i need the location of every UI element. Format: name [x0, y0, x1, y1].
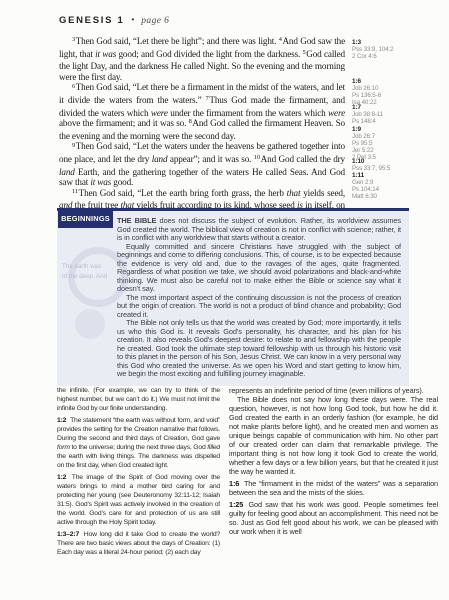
- text-segment: form: [57, 444, 70, 451]
- text-segment: that: [287, 188, 301, 198]
- scripture-paragraph: 11Then God said, “Let the earth bring fo…: [59, 188, 345, 208]
- commentary-column-left: the infinite. (For example, we can try t…: [57, 386, 220, 558]
- text-segment: under the firmament from the waters whic…: [168, 108, 328, 118]
- text-segment: yields fruit according to its kind, whos…: [134, 200, 297, 208]
- bleed-through-text: The earth was: [62, 263, 114, 270]
- cross-reference-item: Jer 5:22: [352, 147, 376, 154]
- verse-number: 6: [72, 83, 76, 90]
- text-segment: And God called the dry: [261, 154, 345, 164]
- cross-reference-verse: 1:10: [352, 158, 390, 165]
- verse-number: 4: [279, 36, 283, 43]
- feature-box-text: THE BIBLE does not discuss the subject o…: [117, 217, 401, 379]
- text-segment: to the universe; during the next three d…: [70, 444, 207, 451]
- cross-reference-column: 1:3Pss 33:9, 104:22 Cor 4:61:6Job 26:10P…: [352, 36, 409, 208]
- commentary-note: The Bible does not say how long these da…: [229, 395, 438, 476]
- cross-reference-item: Pss 33:7, 95:5: [352, 165, 390, 172]
- text-segment: the earth with living things. The darkne…: [57, 453, 220, 469]
- cross-reference: 1:10Pss 33:7, 95:5: [352, 158, 390, 172]
- text-segment: The most important aspect of the continu…: [117, 293, 401, 319]
- commentary-note: 1:2 The statement “the earth was without…: [57, 416, 220, 470]
- text-segment: filled: [207, 444, 220, 451]
- cross-reference: 1:3Pss 33:9, 104:22 Cor 4:6: [352, 39, 394, 60]
- cross-reference-item: Gen 2:9: [352, 179, 379, 186]
- text-segment: that: [120, 200, 134, 208]
- commentary-note: 1:3–2:7 How long did it take God to crea…: [57, 530, 220, 557]
- commentary-verse-ref: 1:25: [229, 500, 248, 509]
- commentary-verse-ref: 1:2: [57, 417, 70, 424]
- cross-reference-verse: 1:9: [352, 126, 376, 133]
- cross-reference-item: Ps 95:5: [352, 140, 376, 147]
- text-segment: above the firmament; and it was so.: [59, 118, 189, 128]
- verse-number: 5: [303, 49, 307, 56]
- cross-reference: 1:11Gen 2:9Ps 104:14Matt 6:30: [352, 172, 379, 200]
- commentary-note: the infinite. (For example, we can try t…: [57, 386, 220, 413]
- cross-reference: 1:7Job 38:8-11Ps 148:4: [352, 104, 383, 125]
- cross-reference-item: Ps 148:4: [352, 118, 383, 125]
- text-segment: the infinite. (For example, we can try t…: [57, 387, 220, 412]
- text-segment: good; and God divided the light from the…: [116, 49, 302, 59]
- beginnings-label: BEGINNINGS: [58, 208, 113, 228]
- text-segment: The image of the Spirit of God moving ov…: [57, 474, 220, 526]
- cross-reference: 1:6Job 26:10Ps 136:5-6Isa 40:22: [352, 78, 381, 106]
- cross-reference-item: Job 26:7: [352, 133, 376, 140]
- verse-number: 10: [254, 154, 261, 161]
- beginnings-feature-box: BEGINNINGS The earth wasof the deep. And…: [57, 208, 409, 386]
- commentary-note: represents an indefinite period of time …: [229, 386, 438, 395]
- text-segment: land: [152, 154, 168, 164]
- scripture-text: 3Then God said, “Let there be light”; an…: [59, 36, 345, 208]
- verse-number: 7: [206, 95, 210, 102]
- cross-reference-item: Pss 33:9, 104:2: [352, 46, 394, 53]
- cross-reference-item: 2 Cor 4:6: [352, 53, 394, 60]
- header-bullet-icon: •: [131, 15, 134, 24]
- verse-number: 3: [72, 36, 76, 43]
- text-segment: were: [328, 108, 345, 118]
- feature-paragraph: Equally committed and sincere Christians…: [117, 243, 401, 294]
- scripture-paragraph: 9Then God said, “Let the waters under th…: [59, 141, 345, 187]
- text-segment: and: [59, 200, 72, 208]
- text-segment: Then God said, “Let there be light”; and…: [76, 36, 279, 46]
- text-segment: land: [59, 167, 75, 177]
- commentary-note: 1:6 The “firmament in the midst of the w…: [229, 479, 438, 497]
- feature-paragraph: The most important aspect of the continu…: [117, 294, 401, 320]
- bible-page: GENESIS 1 • page 6 3Then God said, “Let …: [0, 0, 449, 600]
- text-segment: Equally committed and sincere Christians…: [117, 242, 401, 294]
- watermark-dot: [75, 309, 105, 339]
- commentary-verse-ref: 1:6: [229, 479, 244, 488]
- commentary-note: 1:25 God saw that his work was good. Peo…: [229, 500, 438, 536]
- text-segment: The “firmament in the midst of the water…: [229, 479, 438, 497]
- cross-reference-item: Job 38:8-11: [352, 111, 383, 118]
- text-segment: it was: [90, 177, 111, 187]
- bleed-through-text: of the deep. And: [62, 273, 114, 280]
- cross-reference-item: Ps 104:14: [352, 186, 379, 193]
- verse-number: 11: [72, 188, 79, 195]
- cross-reference-verse: 1:7: [352, 104, 383, 111]
- cross-reference-item: Matt 6:30: [352, 193, 379, 200]
- cross-reference-verse: 1:3: [352, 39, 394, 46]
- cross-reference-item: Ps 136:5-6: [352, 92, 381, 99]
- commentary-verse-ref: 1:3–2:7: [57, 531, 84, 538]
- text-segment: were: [151, 108, 168, 118]
- page-header: GENESIS 1 • page 6: [59, 15, 169, 26]
- text-segment: The statement “the earth was without for…: [57, 417, 220, 442]
- feature-paragraph: THE BIBLE does not discuss the subject o…: [117, 217, 401, 243]
- scripture-paragraph: 3Then God said, “Let there be light”; an…: [59, 36, 345, 82]
- text-segment: The Bible not only tells us that the wor…: [117, 318, 401, 378]
- text-segment: it was: [95, 49, 116, 59]
- cross-reference-verse: 1:11: [352, 172, 379, 179]
- book-title: GENESIS 1: [59, 15, 124, 26]
- cross-reference-item: Job 26:10: [352, 85, 381, 92]
- text-segment: represents an indefinite period of time …: [229, 386, 424, 395]
- verse-number: 8: [189, 118, 193, 125]
- scripture-section: 3Then God said, “Let there be light”; an…: [59, 36, 409, 208]
- commentary-section: the infinite. (For example, we can try t…: [57, 386, 438, 558]
- cross-reference: 1:9Job 26:7Ps 95:5Jer 5:222 Pet 3:5: [352, 126, 376, 161]
- text-segment: Then God said, “Let the earth bring fort…: [79, 188, 287, 198]
- text-segment: the fruit tree: [72, 200, 120, 208]
- commentary-note: 1:2 The image of the Spirit of God movin…: [57, 473, 220, 527]
- text-segment: appear”; and it was so.: [167, 154, 253, 164]
- text-segment: does not discuss the subject of evolutio…: [117, 216, 401, 242]
- page-number: page 6: [141, 16, 169, 26]
- text-segment: yields seed,: [300, 188, 345, 198]
- text-segment: good.: [111, 177, 133, 187]
- scripture-paragraph: 6Then God said, “Let there be a firmamen…: [59, 82, 345, 141]
- text-segment: The Bible does not say how long these da…: [229, 395, 438, 476]
- text-segment: God saw that his work was good. People s…: [229, 500, 438, 536]
- feature-paragraph: The Bible not only tells us that the wor…: [117, 319, 401, 379]
- commentary-column-right: represents an indefinite period of time …: [229, 386, 438, 558]
- verse-number: 9: [72, 142, 76, 149]
- cross-reference-verse: 1:6: [352, 78, 381, 85]
- commentary-verse-ref: 1:2: [57, 474, 72, 481]
